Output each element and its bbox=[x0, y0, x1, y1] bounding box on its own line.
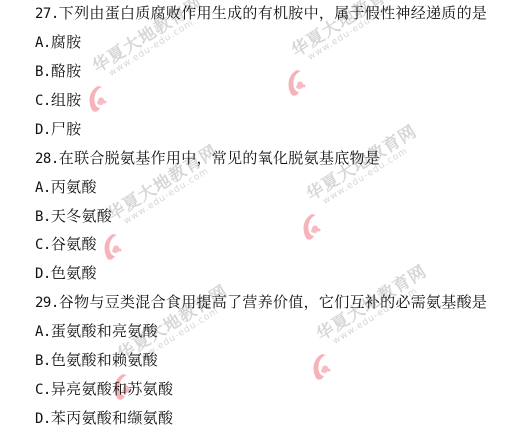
option-letter: A. bbox=[35, 324, 51, 340]
option-letter: A. bbox=[35, 180, 51, 196]
option-c: C.异亮氨酸和苏氨酸 bbox=[35, 380, 173, 399]
option-d: D.色氨酸 bbox=[35, 264, 97, 283]
option-letter: D. bbox=[35, 411, 51, 427]
watermark-url: www.edu-edu.com bbox=[321, 137, 425, 207]
option-letter: C. bbox=[35, 382, 51, 398]
question-number: 27. bbox=[35, 6, 59, 22]
question-number: 28. bbox=[35, 151, 59, 167]
option-letter: C. bbox=[35, 93, 51, 109]
option-text: 蛋氨酸和亮氨酸 bbox=[51, 322, 158, 340]
option-text: 色氨酸 bbox=[51, 264, 97, 282]
option-d: D.尸胺 bbox=[35, 120, 81, 139]
question-stem: 29.谷物与豆类混合食用提高了营养价值，它们互补的必需氨基酸是 bbox=[35, 293, 487, 312]
option-text: 谷氨酸 bbox=[51, 235, 97, 253]
option-letter: A. bbox=[35, 35, 51, 51]
option-text: 色氨酸和赖氨酸 bbox=[51, 351, 158, 369]
option-text: 酪胺 bbox=[51, 62, 82, 80]
brand-logo-icon bbox=[285, 68, 307, 98]
option-letter: B. bbox=[35, 209, 51, 225]
watermark: 华夏大地教育网 www.edu-edu.com bbox=[101, 172, 251, 262]
question-text: 在联合脱氨基作用中，常见的氧化脱氨基底物是 bbox=[59, 149, 380, 167]
option-text: 丙氨酸 bbox=[51, 178, 97, 196]
option-text: 异亮氨酸和苏氨酸 bbox=[51, 380, 173, 398]
question-text: 谷物与豆类混合食用提高了营养价值，它们互补的必需氨基酸是 bbox=[59, 293, 487, 311]
question-text: 下列由蛋白质腐败作用生成的有机胺中，属于假性神经递质的是 bbox=[59, 4, 487, 22]
watermark: 华夏大地教育网 www.edu-edu.com bbox=[86, 24, 236, 114]
question-stem: 28.在联合脱氨基作用中，常见的氧化脱氨基底物是 bbox=[35, 149, 380, 168]
option-a: A.腐胺 bbox=[35, 33, 81, 52]
option-c: C.组胺 bbox=[35, 91, 81, 110]
option-a: A.蛋氨酸和亮氨酸 bbox=[35, 322, 158, 341]
option-letter: D. bbox=[35, 266, 51, 282]
option-b: B.天冬氨酸 bbox=[35, 207, 112, 226]
option-b: B.色氨酸和赖氨酸 bbox=[35, 351, 158, 370]
option-letter: D. bbox=[35, 122, 51, 138]
option-text: 尸胺 bbox=[51, 120, 82, 138]
brand-logo-icon bbox=[300, 212, 322, 242]
question-stem: 27.下列由蛋白质腐败作用生成的有机胺中，属于假性神经递质的是 bbox=[35, 4, 487, 23]
brand-logo-icon bbox=[101, 232, 123, 262]
option-letter: B. bbox=[35, 64, 51, 80]
option-b: B.酪胺 bbox=[35, 62, 81, 81]
brand-logo-icon bbox=[310, 352, 332, 382]
option-text: 腐胺 bbox=[51, 33, 82, 51]
brand-logo-icon bbox=[86, 84, 108, 114]
option-letter: C. bbox=[35, 237, 51, 253]
option-letter: B. bbox=[35, 353, 51, 369]
option-text: 组胺 bbox=[51, 91, 82, 109]
option-text: 天冬氨酸 bbox=[51, 207, 112, 225]
question-number: 29. bbox=[35, 295, 59, 311]
option-d: D.苯丙氨酸和缬氨酸 bbox=[35, 409, 173, 428]
option-text: 苯丙氨酸和缬氨酸 bbox=[51, 409, 173, 427]
option-c: C.谷氨酸 bbox=[35, 235, 97, 254]
option-a: A.丙氨酸 bbox=[35, 178, 97, 197]
